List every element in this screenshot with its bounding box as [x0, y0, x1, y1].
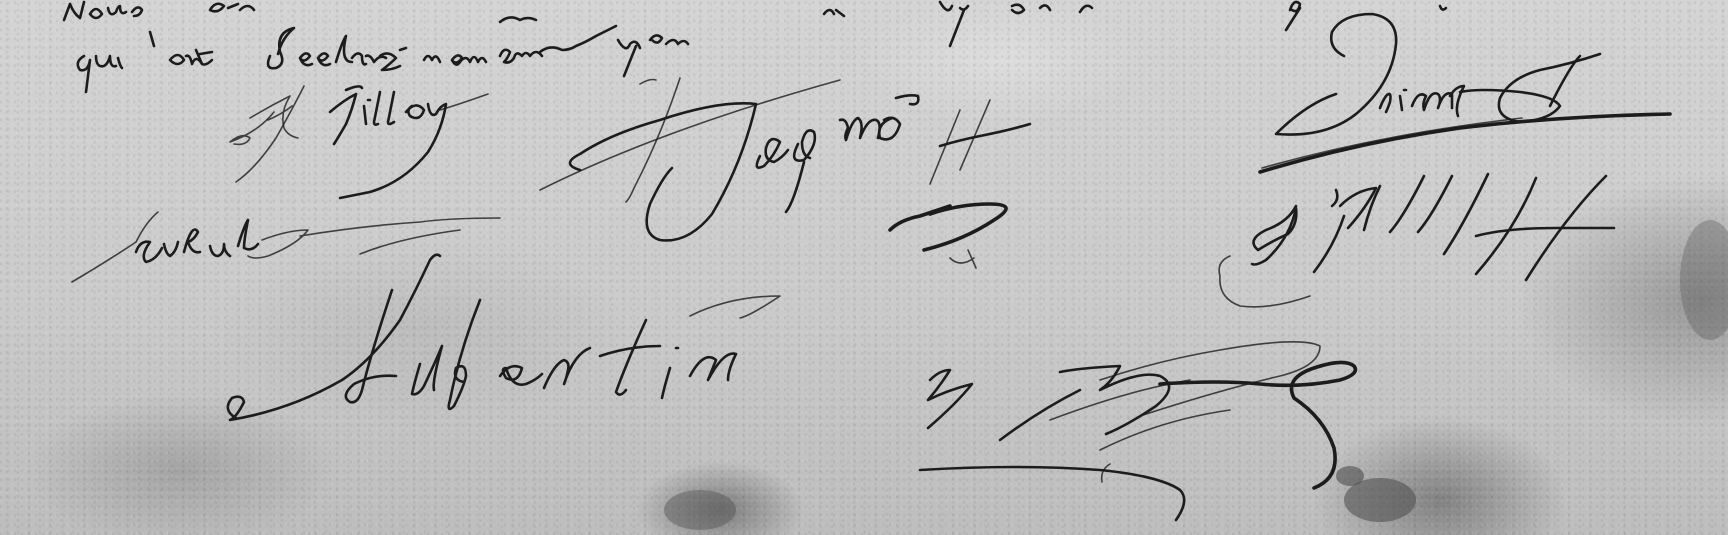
signature-durand: [1260, 14, 1670, 172]
text-line-1-strokes: [64, 2, 1446, 46]
signature-degand: [540, 78, 1030, 268]
scanned-document-page: Nous [...] qui'ont declaré n'en sçavoir …: [0, 0, 1728, 535]
text-line-2-strokes: [78, 26, 688, 92]
handwriting-layer: [0, 0, 1728, 535]
signature-hilloy: [230, 86, 488, 198]
signature-rehule: [72, 212, 500, 282]
signature-aubertin: [228, 255, 1356, 520]
signature-depruet: [1219, 174, 1614, 307]
ink-stains: [664, 220, 1728, 530]
